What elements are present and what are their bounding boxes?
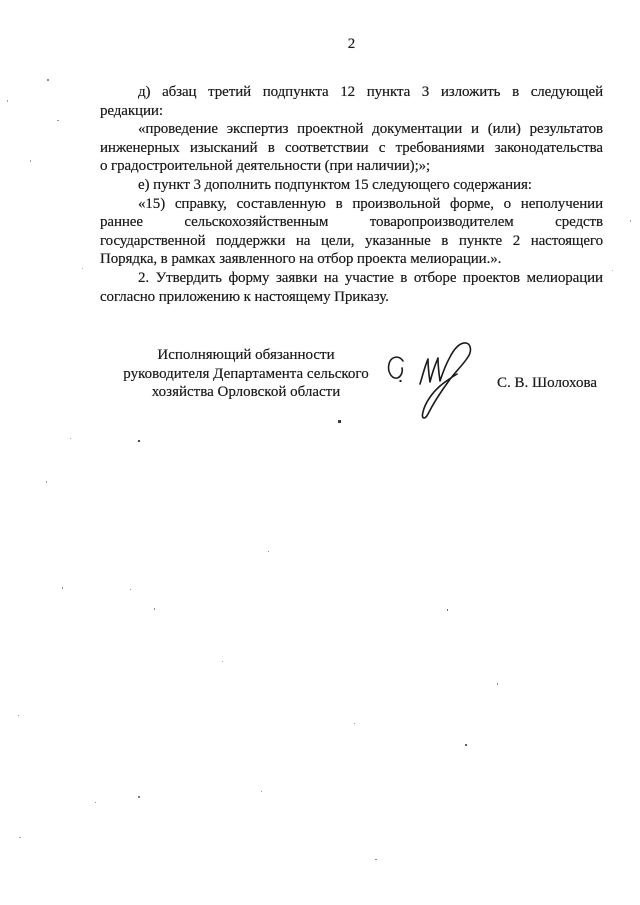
text-line: согласно приложению к настоящему Приказу… [100, 288, 603, 307]
signatory-title-line: руководителя Департамента сельского [110, 365, 382, 384]
scan-speck [612, 270, 613, 271]
text-line: о градостроительной деятельности (при на… [100, 157, 603, 176]
text-line: инженерных изысканий в соответствии с тр… [100, 139, 603, 158]
text-line: раннее сельскохозяйственным товаропроизв… [100, 213, 603, 232]
scan-speck [70, 438, 71, 439]
scan-speck [18, 715, 19, 716]
scan-speck [261, 791, 262, 792]
paragraph: «15) справку, составленную в произвольно… [100, 195, 603, 269]
scan-speck [447, 609, 448, 611]
scan-speck [338, 420, 341, 423]
scan-speck [465, 744, 467, 746]
signatory-title: Исполняющий обязанностируководителя Депа… [110, 346, 382, 402]
scan-speck [7, 100, 8, 102]
scan-speck [130, 589, 131, 590]
text-line: «проведение экспертиз проектной документ… [100, 120, 603, 139]
scan-speck [47, 79, 49, 81]
text-line: редакции: [100, 102, 603, 121]
scan-speck [95, 802, 96, 803]
text-line: государственной поддержки на цели, указа… [100, 232, 603, 251]
scan-speck [154, 608, 155, 610]
scan-speck [19, 837, 21, 838]
scan-speck [630, 220, 631, 222]
text-line: д) абзац третий подпункта 12 пункта 3 из… [100, 83, 603, 102]
paragraph: «проведение экспертиз проектной документ… [100, 120, 603, 176]
scan-speck [30, 160, 31, 162]
text-line: Порядка, в рамках заявленного на отбор п… [100, 250, 603, 269]
signatory-name: С. В. Шолохова [497, 375, 597, 392]
scan-speck [62, 587, 63, 589]
handwritten-signature-icon [380, 336, 475, 422]
scan-speck [138, 440, 140, 442]
text-line: 2. Утвердить форму заявки на участие в о… [100, 269, 603, 288]
scan-speck [46, 481, 47, 483]
paragraph: е) пункт 3 дополнить подпунктом 15 следу… [100, 176, 603, 195]
scan-speck [354, 723, 355, 724]
text-line: «15) справку, составленную в произвольно… [100, 195, 603, 214]
signatory-title-line: хозяйства Орловской области [110, 383, 382, 402]
text-line: е) пункт 3 дополнить подпунктом 15 следу… [100, 176, 603, 195]
scan-speck [497, 683, 498, 685]
document-page: 2 д) абзац третий подпункта 12 пункта 3 … [0, 0, 640, 905]
scan-speck [375, 859, 377, 860]
paragraph: д) абзац третий подпункта 12 пункта 3 из… [100, 83, 603, 120]
paragraph: 2. Утвердить форму заявки на участие в о… [100, 269, 603, 306]
signatory-title-line: Исполняющий обязанности [110, 346, 382, 365]
body-text: д) абзац третий подпункта 12 пункта 3 из… [100, 83, 603, 306]
scan-speck [82, 268, 83, 269]
scan-speck [222, 661, 223, 662]
scan-speck [57, 120, 59, 121]
scan-speck [268, 551, 269, 552]
page-number: 2 [100, 36, 603, 53]
scan-speck [138, 796, 140, 798]
